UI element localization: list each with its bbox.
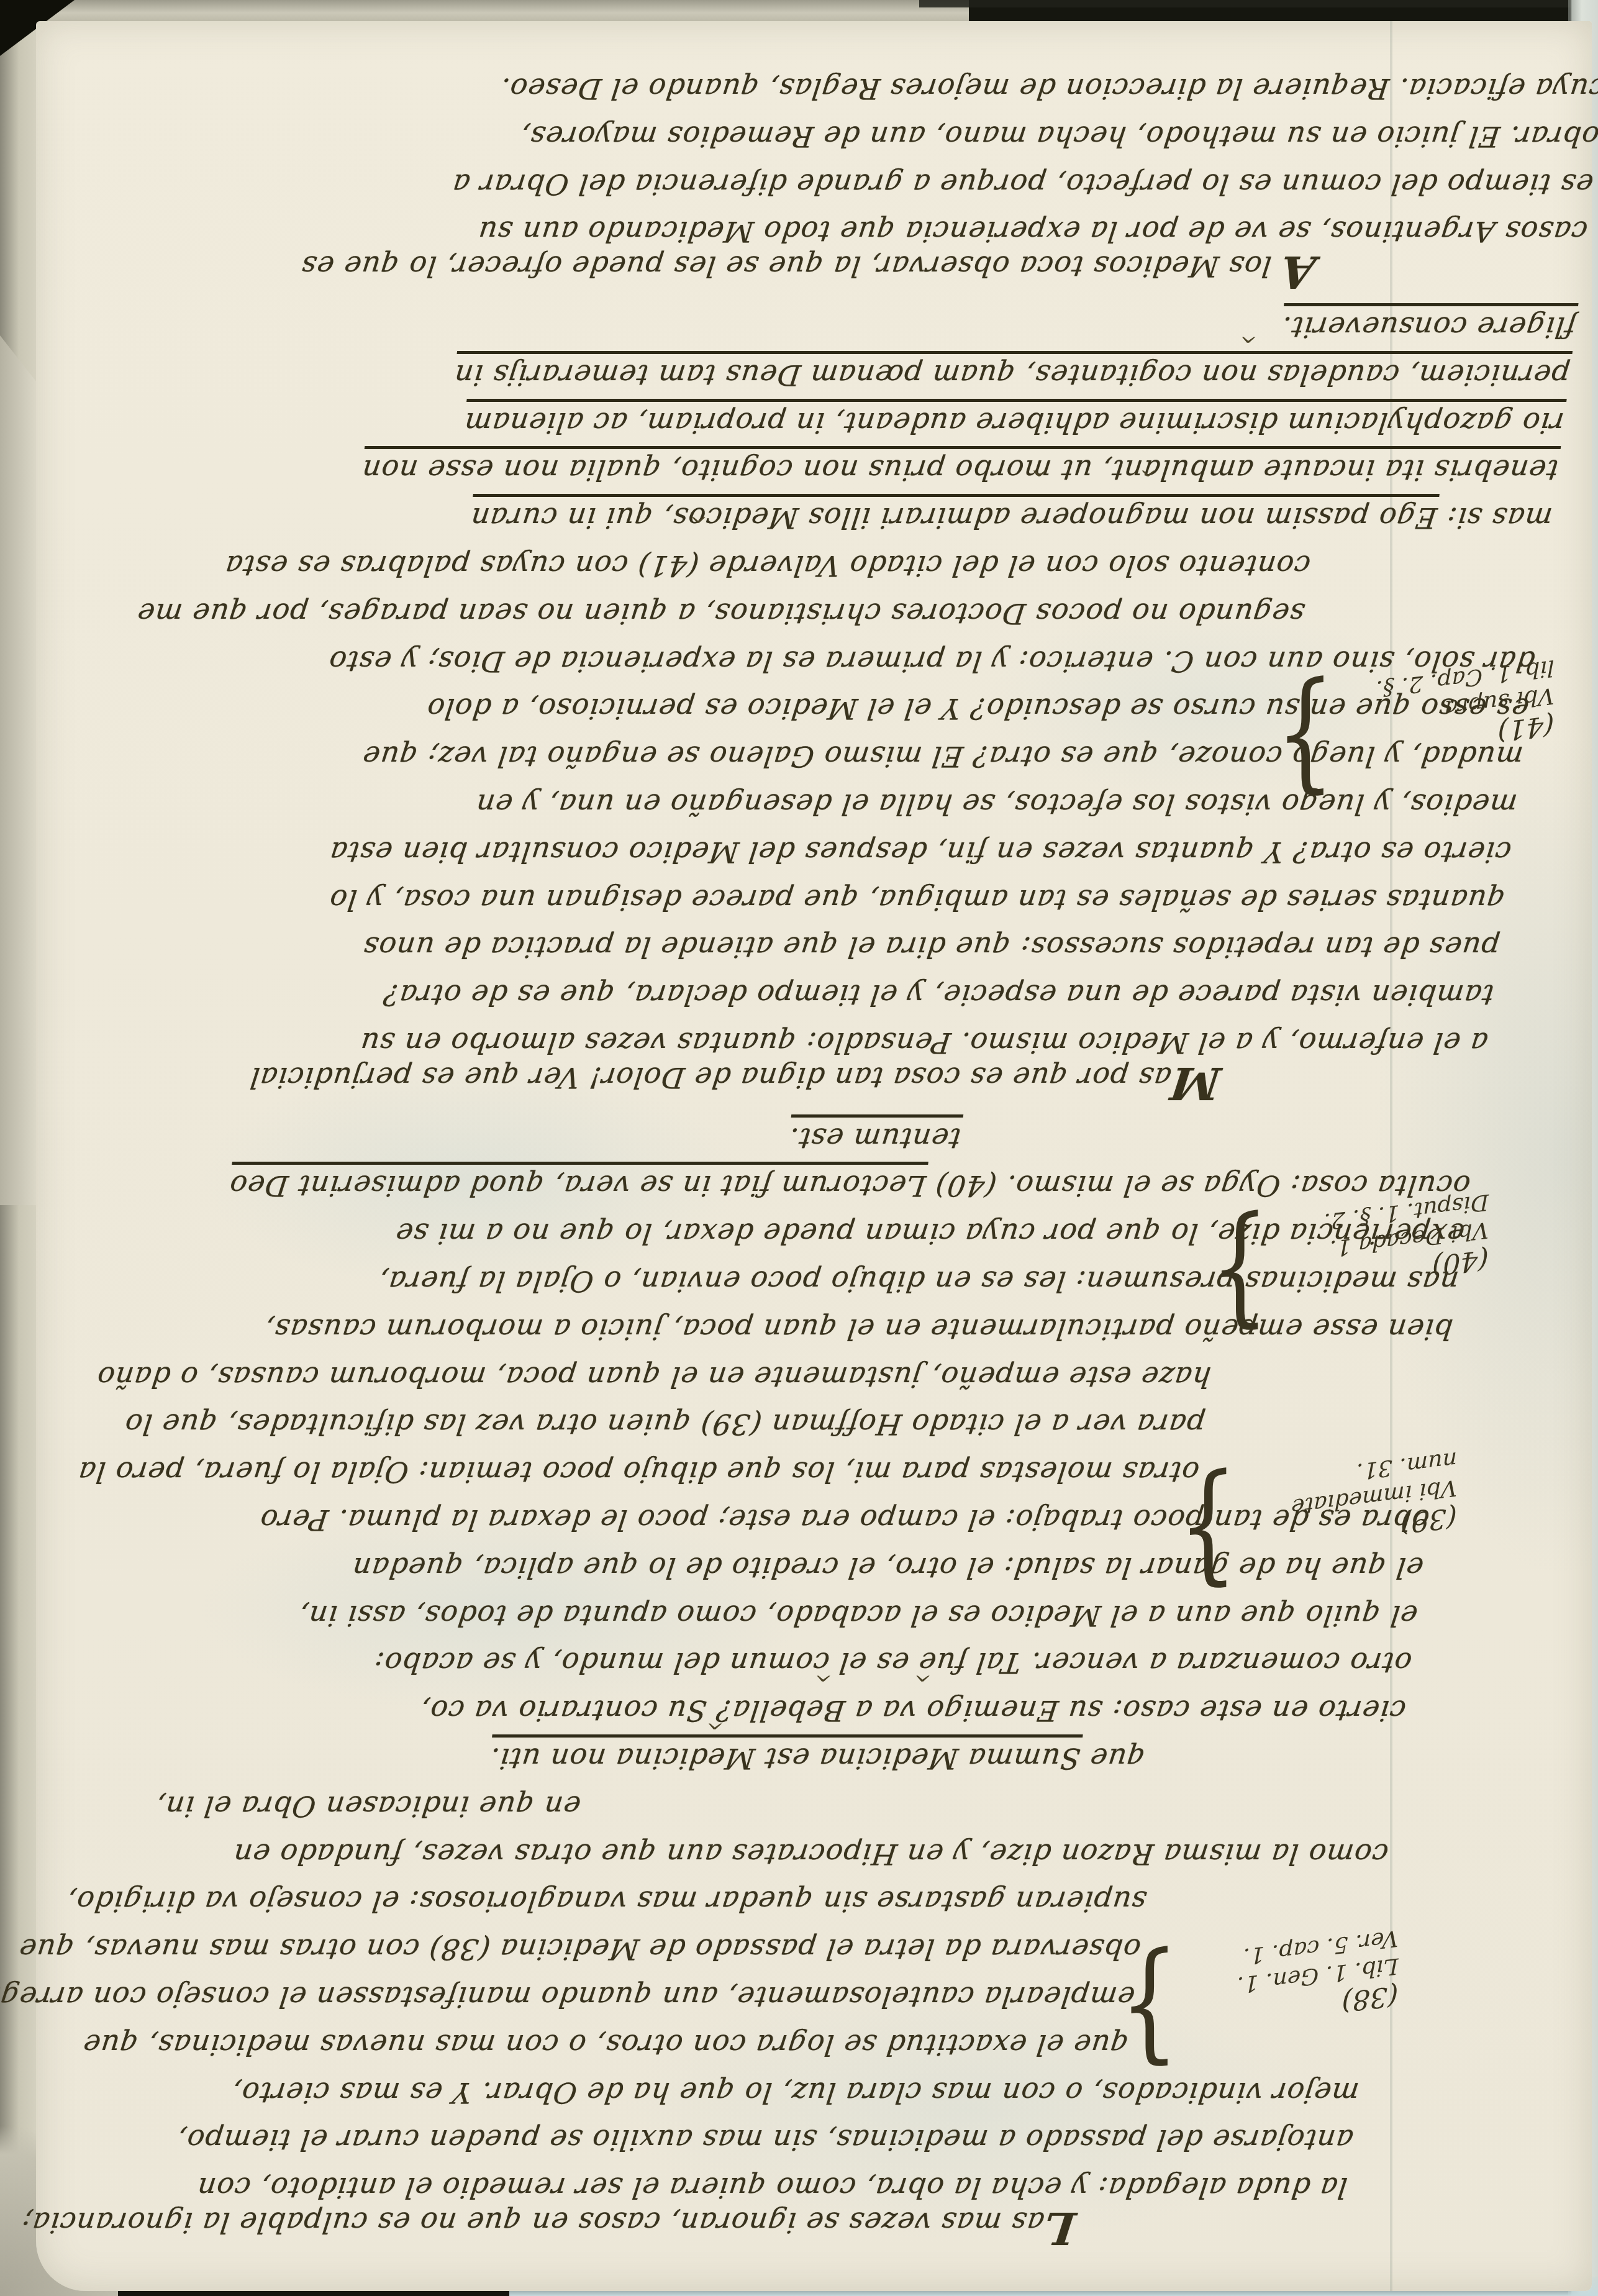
text-line: tentum est. <box>787 1124 962 1153</box>
text-line: cierto en este caso: su Enemigo va a Beb… <box>419 1697 1408 1725</box>
text-line: observara da letra el passado de Medicin… <box>17 1935 1142 1964</box>
text-line: otro comenzara a vencer. Tal fue es el c… <box>372 1649 1414 1677</box>
text-line: casos Argentinos, se ve de por la experi… <box>476 217 1589 246</box>
text-line: medios, y luego vistos los efectos, se h… <box>474 790 1519 819</box>
underlined-latin-segment: fligere consueverit. <box>1279 303 1579 344</box>
underlined-latin-segment: tenebris ita incaute ambulant, ut morbo … <box>360 446 1561 487</box>
insertion-caret-mark: ^ <box>913 1660 933 1685</box>
text-line: en que indicasen Obra el in, <box>154 1792 583 1821</box>
margin-brace-icon: } <box>1120 1945 1179 2082</box>
text-line: Mas por que es cosa tan digna de Dolor! … <box>247 1061 1223 1105</box>
text-line: mas si: Ego passim non magnopere admirar… <box>469 504 1554 532</box>
margin-brace-icon: } <box>1210 1209 1269 1346</box>
text-line: contento solo con el del citado Valverde… <box>223 552 1312 580</box>
underlined-latin-segment: Summa Medicina est Medicina non uti. <box>488 1734 1083 1775</box>
text-line: pues de tan repetidos sucessos: que dira… <box>361 933 1502 962</box>
text-line: cierto es otra? Y quantas vezes en fin, … <box>328 838 1513 867</box>
insertion-caret-mark: ^ <box>1238 322 1259 347</box>
text-line: mejor vindicados, o con mas clara luz, l… <box>230 2079 1361 2107</box>
underlined-latin-segment: perniciem, caudelas non cogitantes, quam… <box>452 351 1573 392</box>
scanner-edge-shadow-top <box>919 0 1598 7</box>
insertion-caret-mark: ^ <box>1030 455 1050 480</box>
insertion-caret-mark: ^ <box>814 1660 834 1685</box>
text-line: el quilo que aun a el Medico es el acaba… <box>297 1601 1419 1630</box>
text-line: tenebris ita incaute ambulant, ut morbo … <box>360 456 1560 485</box>
text-line: segundo no pocos Doctores christianos, a… <box>135 599 1306 628</box>
text-line: obrar. El juicio en su methodo, hecha ma… <box>519 122 1598 151</box>
text-line: dar solo, sino aun con C. enterico: y la… <box>327 647 1536 676</box>
underlined-latin-segment: rio gazophylacium discrimine adhibere au… <box>462 399 1567 440</box>
text-line: la duda alegada: y echa la obra, como qu… <box>195 2174 1348 2202</box>
text-line: perniciem, caudelas non cogitantes, quam… <box>452 361 1571 389</box>
text-line: quantas series de señales es tan ambigua… <box>327 886 1507 914</box>
text-line: supieran gastarse sin quedar mas vanaglo… <box>65 1887 1148 1916</box>
text-line: haze este empeño, justamente en el quan … <box>95 1363 1212 1392</box>
text-line: como la misma Razon dize, y en Hipocrate… <box>232 1840 1390 1869</box>
text-line: que Summa Medicina est Medicina non uti. <box>488 1744 1147 1773</box>
insertion-caret-mark: ^ <box>1138 455 1159 480</box>
plain-text-segment: que <box>1078 1742 1148 1775</box>
text-line: rio gazophylacium discrimine adhibere au… <box>462 409 1565 437</box>
manuscript-page: Las mas vezes se ignoran, casos en que n… <box>36 21 1592 2291</box>
handwritten-text-block: Las mas vezes se ignoran, casos en que n… <box>0 21 1598 2291</box>
underlying-sheet-top-edge <box>37 0 969 21</box>
margin-brace-icon: } <box>1276 675 1335 811</box>
text-line: emplearla cautelosamente, aun quando man… <box>0 1983 1137 2011</box>
underlined-latin-segment: Lectorum fiat in se vera, quod admiserin… <box>227 1162 928 1203</box>
text-line: es tiempo del comun es lo perfecto, porq… <box>450 170 1595 199</box>
text-line: que el exactitud se logra con otros, o c… <box>81 2031 1130 2059</box>
plain-text-segment: oculta cosa: Oyga se el mismo. (40) <box>924 1169 1473 1203</box>
margin-brace-icon: } <box>1178 1467 1238 1603</box>
underlined-latin-segment: Ego passim non magnopere admirari illos … <box>468 494 1440 535</box>
margin-note: (38)Lib. 1. Gen. 1.Ver. 5. cap. 1.} <box>1186 1924 1399 2036</box>
insertion-caret-mark: ^ <box>705 1708 725 1733</box>
text-line: antojarse del passado a medicinas, sin m… <box>175 2126 1355 2154</box>
margin-note: (39)Vbi immediatenum. 31.} <box>1244 1446 1457 1558</box>
insertion-caret-mark: ^ <box>689 502 709 527</box>
manuscript-scan: { "document": { "kind": "handwritten man… <box>0 0 1598 2296</box>
text-line: Las mas vezes se ignoran, casos en que n… <box>18 2206 1078 2250</box>
text-line: para ver a el citado Hoffman (39) quien … <box>123 1410 1207 1439</box>
text-line: A los Medicos toca observar, la que se l… <box>297 250 1318 294</box>
text-line: oculta cosa: Oyga se el mismo. (40) Lect… <box>227 1172 1472 1200</box>
text-line: bien esse empeño particularmente en el q… <box>263 1315 1455 1344</box>
text-line: a el enfermo, y a el Medico mismo. Pensa… <box>358 1029 1489 1057</box>
underlined-latin-segment: tentum est. <box>786 1114 963 1155</box>
text-line: fligere consueverit. <box>1279 313 1577 342</box>
text-line: otras molestas para mi, los que dibujo p… <box>76 1458 1201 1487</box>
rotated-manuscript-content: Las mas vezes se ignoran, casos en que n… <box>36 21 1592 2291</box>
text-line: el que ha de ganar la salud: el otro, el… <box>350 1554 1425 1582</box>
text-line: cuya eficacia. Requiere la direccion de … <box>499 75 1598 103</box>
plain-text-segment: mas si: <box>1435 501 1554 535</box>
text-line: tambien vista parece de una especie, y e… <box>381 981 1495 1009</box>
